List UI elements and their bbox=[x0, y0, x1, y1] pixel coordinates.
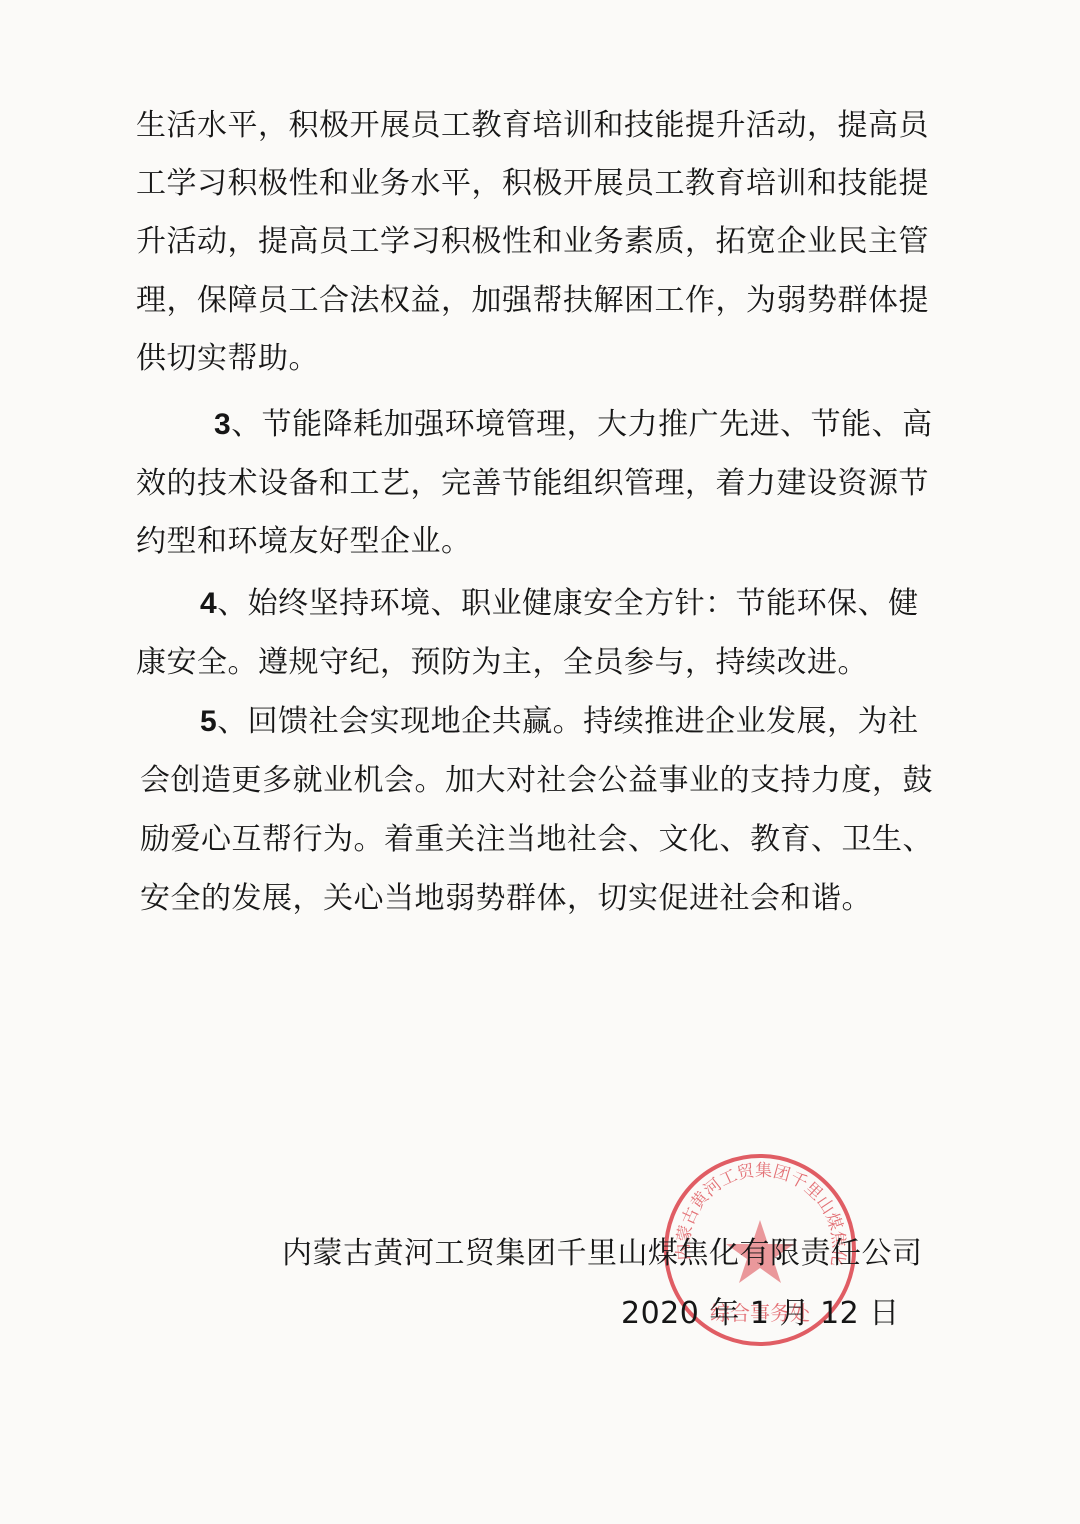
item-number: 4 bbox=[200, 587, 217, 620]
body-line: 康安全。遵规守纪，预防为主，全员参与，持续改进。 bbox=[136, 645, 868, 681]
body-line: 升活动，提高员工学习积极性和业务素质，拓宽企业民主管 bbox=[136, 224, 929, 260]
body-line: 安全的发展，关心当地弱势群体，切实促进社会和谐。 bbox=[140, 881, 872, 917]
signature-date: 2020 年 1 月 12 日 bbox=[621, 1296, 900, 1332]
body-line: 工学习积极性和业务水平，积极开展员工教育培训和技能提 bbox=[136, 166, 929, 202]
body-line: 效的技术设备和工艺，完善节能组织管理，着力建设资源节 bbox=[136, 466, 929, 502]
body-line: 励爱心互帮行为。着重关注当地社会、文化、教育、卫生、 bbox=[140, 822, 933, 858]
signature-company: 内蒙古黄河工贸集团千里山煤焦化有限责任公司 bbox=[282, 1236, 923, 1272]
body-line: 生活水平，积极开展员工教育培训和技能提升活动，提高员 bbox=[136, 108, 929, 144]
item-number: 3 bbox=[214, 408, 231, 441]
item-4-first-line: 4、始终坚持环境、职业健康安全方针：节能环保、健 bbox=[200, 586, 919, 622]
item-5-first-line: 5、回馈社会实现地企共赢。持续推进企业发展，为社 bbox=[200, 704, 919, 740]
body-line: 会创造更多就业机会。加大对社会公益事业的支持力度，鼓 bbox=[140, 763, 933, 799]
body-line: 理，保障员工合法权益，加强帮扶解困工作，为弱势群体提 bbox=[136, 283, 929, 319]
body-line: 约型和环境友好型企业。 bbox=[136, 524, 472, 560]
document-page: 生活水平，积极开展员工教育培训和技能提升活动，提高员 工学习积极性和业务水平，积… bbox=[0, 0, 1080, 1524]
item-number: 5 bbox=[200, 705, 217, 738]
item-3-first-line: 3、节能降耗加强环境管理，大力推广先进、节能、高 bbox=[214, 407, 933, 443]
body-line: 供切实帮助。 bbox=[136, 341, 319, 377]
